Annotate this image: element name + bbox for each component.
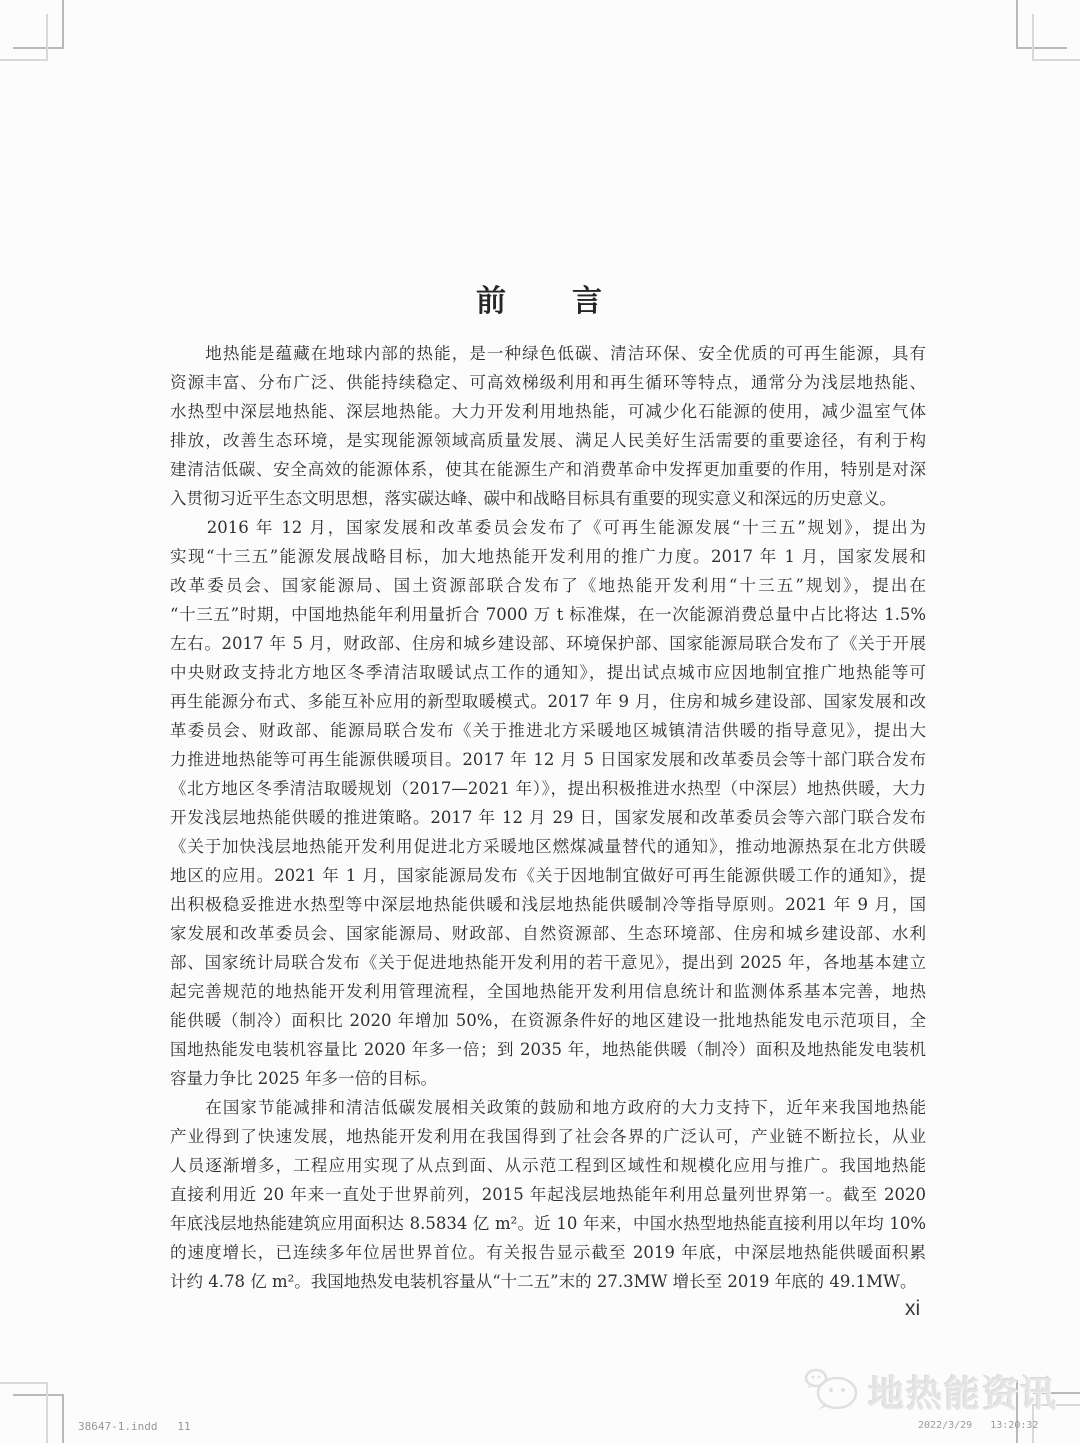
body-line: 起完善规范的地热能开发利用管理流程，全国地热能开发利用信息统计和监测体系基本完善… xyxy=(170,977,926,1006)
body-line: 计约 4.78 亿 m²。我国地热发电装机容量从“十二五”末的 27.3MW 增… xyxy=(170,1267,926,1296)
watermark: 地热能资讯 xyxy=(804,1366,1058,1417)
body-line: 地区的应用。2021 年 1 月，国家能源局发布《关于因地制宜做好可再生能源供暖… xyxy=(170,861,926,890)
chat-bubbles-icon xyxy=(804,1368,860,1416)
body-line: “十三五”时期，中国地热能年利用量折合 7000 万 t 标准煤，在一次能源消费… xyxy=(170,600,926,629)
footer-timestamp: 2022/3/29 13:20:32 xyxy=(918,1420,1038,1431)
footer-imprint: 38647-1.indd 11 xyxy=(78,1420,191,1433)
body-line: 水热型中深层地热能、深层地热能。大力开发利用地热能，可减少化石能源的使用，减少温… xyxy=(170,397,926,426)
scanned-book-page: { "page": { "title": "前 言", "page_number… xyxy=(0,0,1080,1443)
body-line: 《关于加快浅层地热能开发利用促进北方采暖地区燃煤减量替代的通知》，推动地源热泵在… xyxy=(170,832,926,861)
body-line: 中央财政支持北方地区冬季清洁取暖试点工作的通知》，提出试点城市应因地制宜推广地热… xyxy=(170,658,926,687)
body-line: 2016 年 12 月，国家发展和改革委员会发布了《可再生能源发展“十三五”规划… xyxy=(170,513,926,542)
preface-body: 地热能是蕴藏在地球内部的热能，是一种绿色低碳、清洁环保、安全优质的可再生能源，具… xyxy=(170,339,926,1296)
body-line: 实现“十三五”能源发展战略目标，加大地热能开发利用的推广力度。2017 年 1 … xyxy=(170,542,926,571)
body-line: 入贯彻习近平生态文明思想，落实碳达峰、碳中和战略目标具有重要的现实意义和深远的历… xyxy=(170,484,926,513)
body-line: 在国家节能减排和清洁低碳发展相关政策的鼓励和地方政府的大力支持下，近年来我国地热… xyxy=(170,1093,926,1122)
body-line: 改革委员会、国家能源局、国土资源部联合发布了《地热能开发利用“十三五”规划》，提… xyxy=(170,571,926,600)
body-line: 出积极稳妥推进水热型等中深层地热能供暖和浅层地热能供暖制冷等指导原则。2021 … xyxy=(170,890,926,919)
body-line: 地热能是蕴藏在地球内部的热能，是一种绿色低碳、清洁环保、安全优质的可再生能源，具… xyxy=(170,339,926,368)
page-number: xi xyxy=(905,1297,920,1321)
body-line: 建清洁低碳、安全高效的能源体系，使其在能源生产和消费革命中发挥更加重要的作用，特… xyxy=(170,455,926,484)
body-line: 产业得到了快速发展，地热能开发利用在我国得到了社会各界的广泛认可，产业链不断拉长… xyxy=(170,1122,926,1151)
body-line: 再生能源分布式、多能互补应用的新型取暖模式。2017 年 9 月，住房和城乡建设… xyxy=(170,687,926,716)
watermark-label: 地热能资讯 xyxy=(868,1366,1058,1417)
body-line: 左右。2017 年 5 月，财政部、住房和城乡建设部、环境保护部、国家能源局联合… xyxy=(170,629,926,658)
body-line: 的速度增长，已连续多年位居世界首位。有关报告显示截至 2019 年底，中深层地热… xyxy=(170,1238,926,1267)
page-title: 前 言 xyxy=(0,276,1080,320)
body-line: 革委员会、财政部、能源局联合发布《关于推进北方采暖地区城镇清洁供暖的指导意见》，… xyxy=(170,716,926,745)
body-line: 国地热能发电装机容量比 2020 年多一倍；到 2035 年，地热能供暖（制冷）… xyxy=(170,1035,926,1064)
body-line: 能供暖（制冷）面积比 2020 年增加 50%，在资源条件好的地区建设一批地热能… xyxy=(170,1006,926,1035)
body-line: 排放，改善生态环境，是实现能源领域高质量发展、满足人民美好生活需要的重要途径，有… xyxy=(170,426,926,455)
body-line: 部、国家统计局联合发布《关于促进地热能开发利用的若干意见》，提出到 2025 年… xyxy=(170,948,926,977)
body-line: 《北方地区冬季清洁取暖规划（2017—2021 年）》，提出积极推进水热型（中深… xyxy=(170,774,926,803)
body-line: 直接利用近 20 年来一直处于世界前列，2015 年起浅层地热能年利用总量列世界… xyxy=(170,1180,926,1209)
body-line: 人员逐渐增多，工程应用实现了从点到面、从示范工程到区域性和规模化应用与推广。我国… xyxy=(170,1151,926,1180)
body-line: 家发展和改革委员会、国家能源局、财政部、自然资源部、生态环境部、住房和城乡建设部… xyxy=(170,919,926,948)
body-line: 开发浅层地热能供暖的推进策略。2017 年 12 月 29 日，国家发展和改革委… xyxy=(170,803,926,832)
body-line: 年底浅层地热能建筑应用面积达 8.5834 亿 m²。近 10 年来，中国水热型… xyxy=(170,1209,926,1238)
body-line: 容量力争比 2025 年多一倍的目标。 xyxy=(170,1064,926,1093)
body-line: 力推进地热能等可再生能源供暖项目。2017 年 12 月 5 日国家发展和改革委… xyxy=(170,745,926,774)
body-line: 资源丰富、分布广泛、供能持续稳定、可高效梯级利用和再生循环等特点，通常分为浅层地… xyxy=(170,368,926,397)
